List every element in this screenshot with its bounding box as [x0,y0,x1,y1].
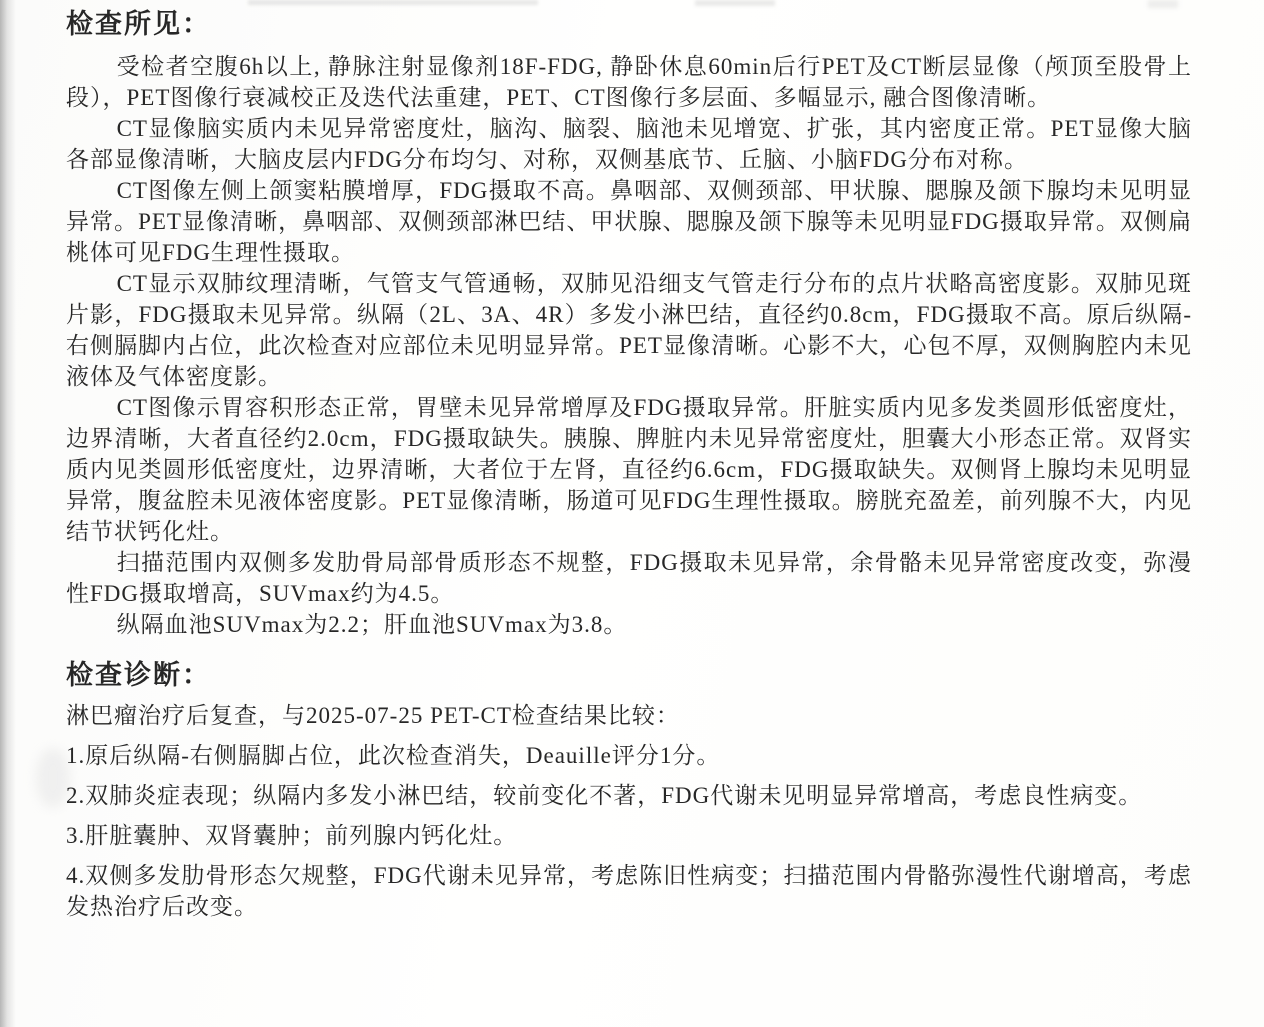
diagnosis-section: 检查诊断： 淋巴瘤治疗后复查，与2025-07-25 PET-CT检查结果比较：… [66,657,1192,922]
diagnosis-heading: 检查诊断： [66,657,1192,693]
findings-paragraph-head-neck: CT图像左侧上颌窦粘膜增厚，FDG摄取不高。鼻咽部、双侧颈部、甲状腺、腮腺及颌下… [66,175,1192,268]
findings-paragraph-brain: CT显像脑实质内未见异常密度灶，脑沟、脑裂、脑池未见增宽、扩张，其内密度正常。P… [66,113,1192,175]
report-page: 检查所见： 受检者空腹6h以上, 静脉注射显像剂18F-FDG, 静卧休息60m… [0,0,1264,1027]
report-content: 检查所见： 受检者空腹6h以上, 静脉注射显像剂18F-FDG, 静卧休息60m… [66,6,1192,922]
diagnosis-intro: 淋巴瘤治疗后复查，与2025-07-25 PET-CT检查结果比较： [66,700,1192,731]
findings-section: 检查所见： 受检者空腹6h以上, 静脉注射显像剂18F-FDG, 静卧休息60m… [66,6,1192,640]
diagnosis-item-4: 4.双侧多发肋骨形态欠规整，FDG代谢未见异常，考虑陈旧性病变；扫描范围内骨骼弥… [66,860,1192,922]
diagnosis-item-1: 1.原后纵隔-右侧膈脚占位，此次检查消失，Deauille评分1分。 [66,740,1192,771]
findings-heading: 检查所见： [66,6,1192,42]
findings-paragraph-abdomen: CT图像示胃容积形态正常，胃壁未见异常增厚及FDG摄取异常。肝脏实质内见多发类圆… [66,392,1192,547]
findings-paragraph-suv-reference: 纵隔血池SUVmax为2.2；肝血池SUVmax为3.8。 [66,609,1192,640]
scan-artifact-blob [36,748,70,808]
findings-paragraph-chest: CT显示双肺纹理清晰，气管支气管通畅，双肺见沿细支气管走行分布的点片状略高密度影… [66,268,1192,392]
page-left-edge-shadow [0,0,16,1027]
scan-artifact-smudge [248,0,538,5]
diagnosis-item-3: 3.肝脏囊肿、双肾囊肿；前列腺内钙化灶。 [66,820,1192,851]
diagnosis-item-2: 2.双肺炎症表现；纵隔内多发小淋巴结，较前变化不著，FDG代谢未见明显异常增高，… [66,780,1192,811]
findings-paragraph-protocol: 受检者空腹6h以上, 静脉注射显像剂18F-FDG, 静卧休息60min后行PE… [66,51,1192,113]
findings-paragraph-bones: 扫描范围内双侧多发肋骨局部骨质形态不规整，FDG摄取未见异常，余骨骼未见异常密度… [66,547,1192,609]
